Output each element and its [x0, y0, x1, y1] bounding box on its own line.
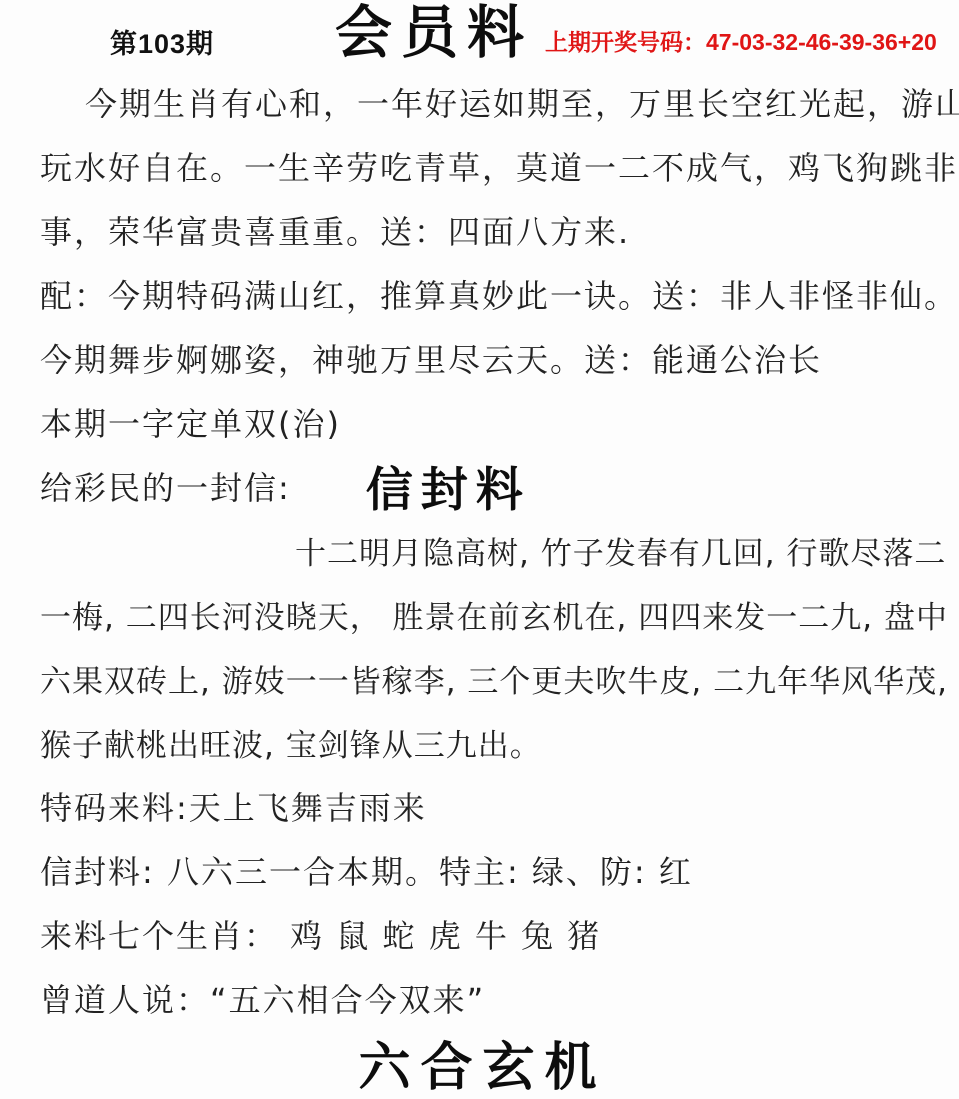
envelope-intro-row: 给彩民的一封信: 信封料: [40, 454, 941, 518]
sheet-body: 今期生肖有心和，一年好运如期至，万里长空红光起，游山 玩水好自在。一生辛劳吃青草…: [40, 70, 941, 1094]
header: 第103期 会员料 上期开奖号码：47-03-32-46-39-36+20: [0, 0, 959, 72]
issue-number: 第103期: [110, 22, 214, 61]
envelope-section-heading: 信封料: [366, 453, 531, 520]
tip-sheet-page: 第103期 会员料 上期开奖号码：47-03-32-46-39-36+20 今期…: [0, 0, 959, 1099]
letter-line-3: 六果双砖上, 游妓一一皆稼李, 三个更夫吹牛皮, 二九年华风华茂,: [40, 646, 941, 710]
footer-heading: 六合玄机: [358, 1025, 606, 1099]
dance-line: 今期舞步婀娜姿，神驰万里尽云天。送：能通公治长: [40, 326, 941, 390]
poem-line-1: 今期生肖有心和，一年好运如期至，万里长空红光起，游山: [40, 70, 941, 134]
page-title: 会员料: [335, 0, 533, 66]
zodiac-line: 来料七个生肖： 鸡 鼠 蛇 虎 牛 兔 猪: [40, 902, 941, 966]
letter-line-1: 十二明月隐高树, 竹子发春有几回, 行歌尽落二: [40, 518, 941, 582]
letter-intro-label: 给彩民的一封信:: [40, 463, 291, 509]
footer-heading-row: 六合玄机: [40, 1030, 941, 1094]
single-double-line: 本期一字定单双(治): [40, 390, 941, 454]
pei-line: 配：今期特码满山红，推算真妙此一诀。送：非人非怪非仙。: [40, 262, 941, 326]
poem-line-2: 玩水好自在。一生辛劳吃青草，莫道一二不成气，鸡飞狗跳非常: [40, 134, 941, 198]
letter-line-2: 一梅, 二四长河没晓天， 胜景在前玄机在, 四四来发一二九, 盘中: [40, 582, 941, 646]
zengdaoren-line: 曾道人说：“五六相合今双来”: [40, 966, 941, 1030]
envelope-tip-line: 信封料: 八六三一合本期。特主: 绿、防: 红: [40, 838, 941, 902]
special-code-line: 特码来料:天上飞舞吉雨来: [40, 774, 941, 838]
poem-line-3: 事，荣华富贵喜重重。送：四面八方来.: [40, 198, 941, 262]
last-draw-numbers: 上期开奖号码：47-03-32-46-39-36+20: [545, 24, 937, 57]
letter-line-4: 猴子献桃出旺波, 宝剑锋从三九出。: [40, 710, 941, 774]
